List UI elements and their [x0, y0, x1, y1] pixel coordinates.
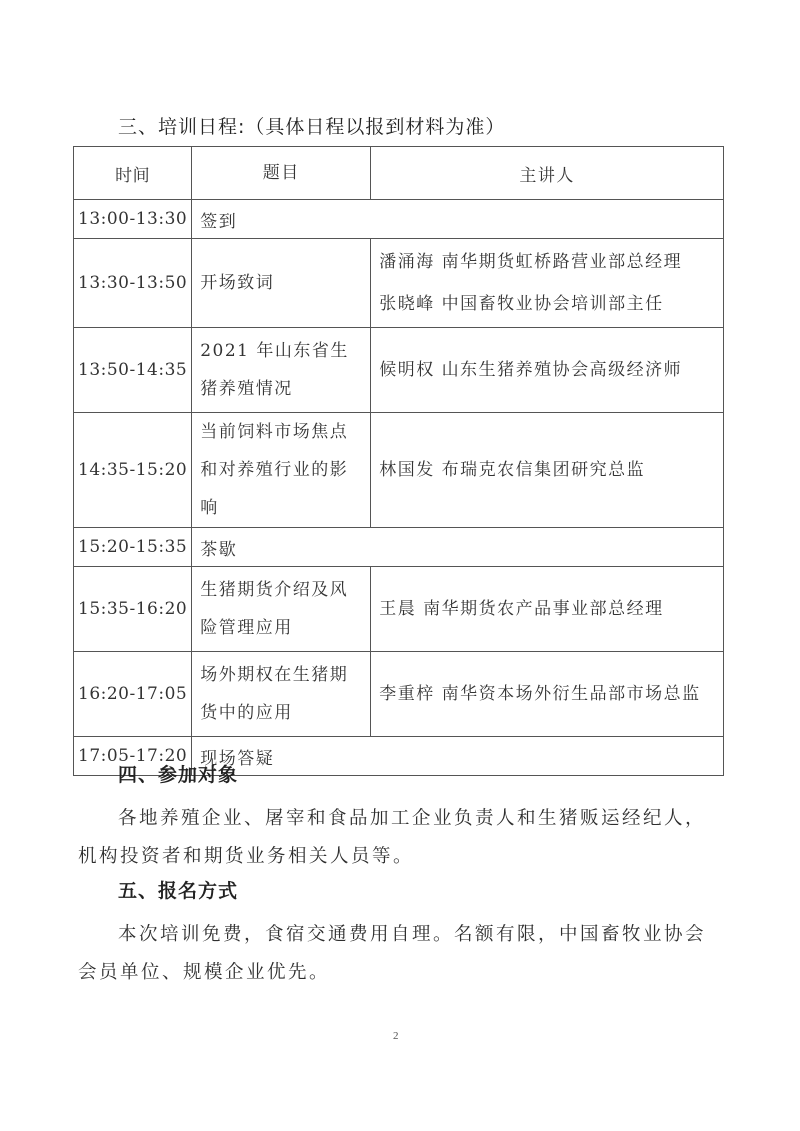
cell-time: 13:50-14:35	[74, 328, 192, 413]
cell-speaker: 王晨 南华期货农产品事业部总经理	[371, 567, 724, 652]
table-row: 13:50-14:35 2021 年山东省生猪养殖情况 候明权 山东生猪养殖协会…	[74, 328, 724, 413]
table-row: 15:20-15:35 茶歇	[74, 528, 724, 567]
speaker-line: 李重梓 南华资本场外衍生品部市场总监	[379, 673, 715, 715]
cell-speaker: 李重梓 南华资本场外衍生品部市场总监	[371, 652, 724, 737]
cell-topic: 当前饲料市场焦点和对养殖行业的影响	[192, 413, 371, 528]
cell-speaker: 候明权 山东生猪养殖协会高级经济师	[371, 328, 724, 413]
table-header-row: 时间 题目 主讲人	[74, 147, 724, 200]
cell-time: 16:20-17:05	[74, 652, 192, 737]
cell-time: 13:00-13:30	[74, 200, 192, 239]
cell-time: 15:20-15:35	[74, 528, 192, 567]
document-page: 三、培训日程:（具体日程以报到材料为准） 时间 题目 主讲人 13:00-13:…	[0, 0, 800, 1131]
cell-topic: 现场答疑	[192, 737, 724, 776]
cell-speaker: 潘涌海 南华期货虹桥路营业部总经理 张晓峰 中国畜牧业协会培训部主任	[371, 239, 724, 328]
cell-topic: 开场致词	[192, 239, 371, 328]
cell-time: 13:30-13:50	[74, 239, 192, 328]
table-row: 13:30-13:50 开场致词 潘涌海 南华期货虹桥路营业部总经理 张晓峰 中…	[74, 239, 724, 328]
page-number: 2	[393, 1030, 399, 1042]
section-heading-schedule: 三、培训日程:（具体日程以报到材料为准）	[118, 112, 505, 139]
registration-paragraph: 本次培训免费，食宿交通费用自理。名额有限，中国畜牧业协会会员单位、规模企业优先。	[78, 916, 718, 992]
table-row: 15:35-16:20 生猪期货介绍及风险管理应用 王晨 南华期货农产品事业部总…	[74, 567, 724, 652]
section-heading-registration: 五、报名方式	[118, 876, 238, 903]
cell-topic: 2021 年山东省生猪养殖情况	[192, 328, 371, 413]
participants-paragraph: 各地养殖企业、屠宰和食品加工企业负责人和生猪贩运经纪人，机构投资者和期货业务相关…	[78, 800, 718, 876]
header-topic: 题目	[192, 147, 371, 200]
header-time: 时间	[74, 147, 192, 200]
table-row: 14:35-15:20 当前饲料市场焦点和对养殖行业的影响 林国发 布瑞克农信集…	[74, 413, 724, 528]
table-row: 16:20-17:05 场外期权在生猪期货中的应用 李重梓 南华资本场外衍生品部…	[74, 652, 724, 737]
speaker-line: 张晓峰 中国畜牧业协会培训部主任	[379, 283, 715, 325]
section-heading-participants: 四、参加对象	[118, 760, 238, 787]
speaker-line: 潘涌海 南华期货虹桥路营业部总经理	[379, 241, 715, 283]
header-speaker: 主讲人	[371, 147, 724, 200]
cell-time: 14:35-15:20	[74, 413, 192, 528]
speaker-line: 王晨 南华期货农产品事业部总经理	[379, 588, 715, 630]
speaker-line: 林国发 布瑞克农信集团研究总监	[379, 449, 715, 491]
cell-time: 15:35-16:20	[74, 567, 192, 652]
cell-topic: 茶歇	[192, 528, 724, 567]
cell-topic: 签到	[192, 200, 724, 239]
table-row: 13:00-13:30 签到	[74, 200, 724, 239]
cell-topic: 场外期权在生猪期货中的应用	[192, 652, 371, 737]
cell-topic: 生猪期货介绍及风险管理应用	[192, 567, 371, 652]
schedule-table: 时间 题目 主讲人 13:00-13:30 签到 13:30-13:50 开场致…	[73, 146, 724, 776]
cell-speaker: 林国发 布瑞克农信集团研究总监	[371, 413, 724, 528]
speaker-line: 候明权 山东生猪养殖协会高级经济师	[379, 349, 715, 391]
